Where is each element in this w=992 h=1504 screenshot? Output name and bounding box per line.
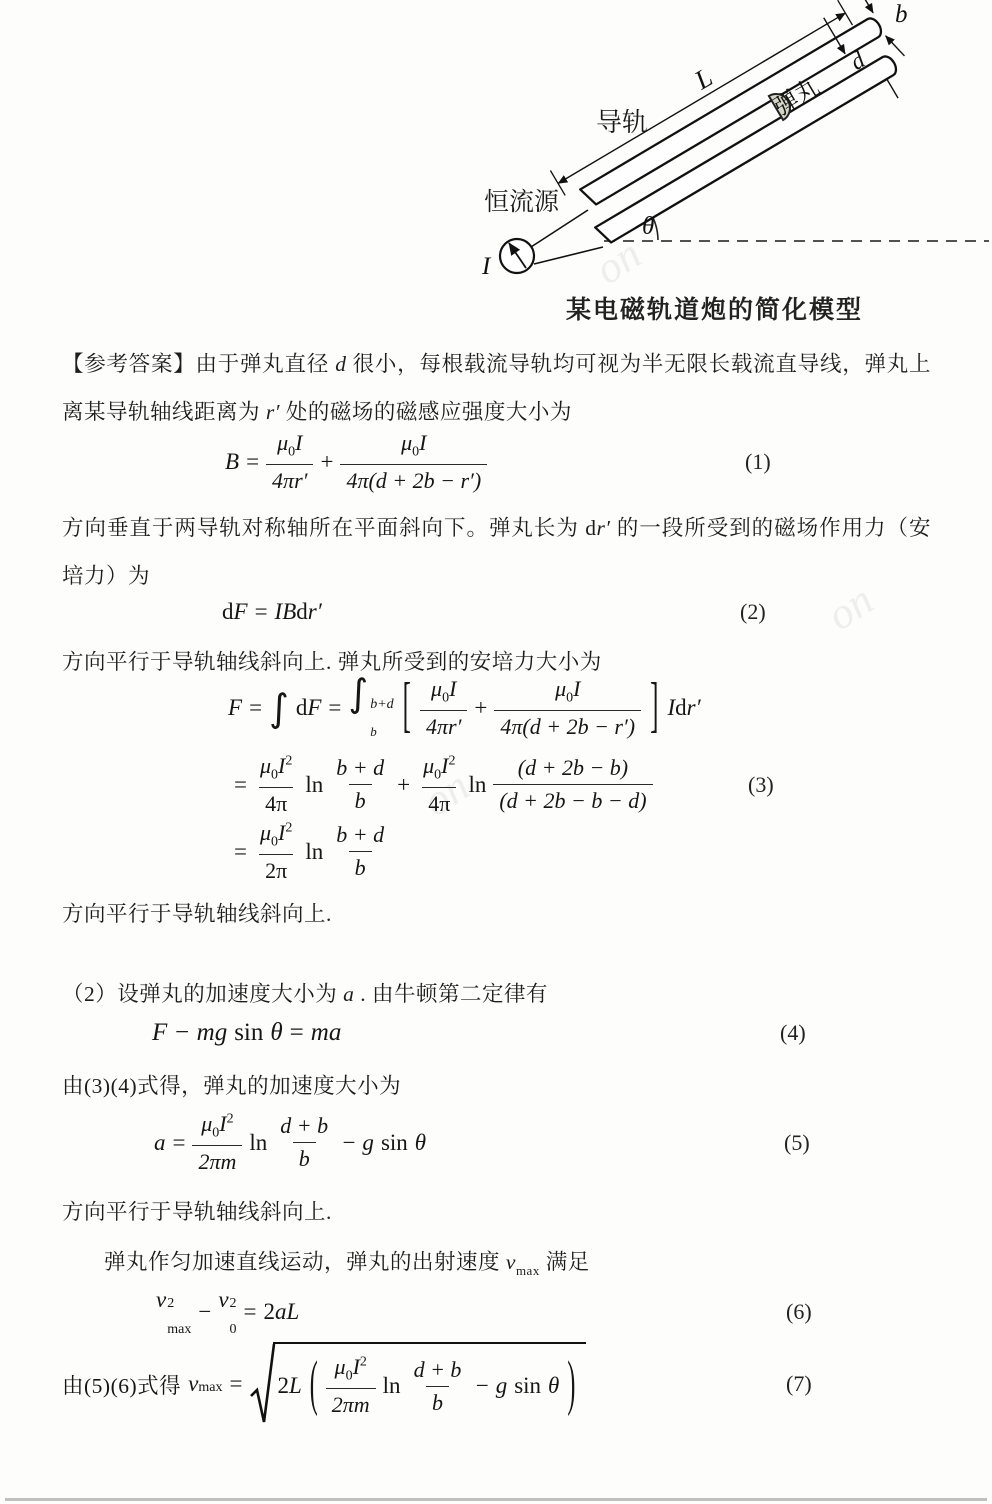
fraction: μ0I 4πr′ [266, 430, 313, 493]
fraction: μ0I2 2πm [192, 1111, 242, 1174]
integral-sign: ∫ [269, 691, 289, 725]
equation-5: a = μ0I2 2πm ln d + b b − g sin θ (5) [62, 1104, 931, 1182]
fraction: b + d b [330, 755, 390, 814]
fraction: μ0I2 2πm [326, 1354, 376, 1417]
equation-2: dF = IBdr′ (2) [62, 590, 931, 634]
equation-4: F − mg sin θ = ma (4) [62, 1010, 931, 1056]
solution-paragraph-2: 方向垂直于两导轨对称轴所在平面斜向下。弹丸长为 dr′ 的一段所受到的磁场作用力… [62, 504, 931, 600]
radical: 2L ( μ0I2 2πm ln d + b b − g sin θ ) [249, 1342, 586, 1426]
equation-number-1: (1) [745, 449, 771, 475]
label-rail: 导轨 [596, 108, 648, 137]
railgun-diagram: L d 弹丸 导轨 恒流源 θ I b [468, 0, 992, 290]
label-current-I: I [481, 253, 492, 280]
fraction: d + b b [408, 1357, 468, 1416]
v-max: v max [188, 1371, 222, 1397]
equation-number-2: (2) [740, 599, 766, 625]
left-paren: ( [310, 1352, 318, 1421]
equation-number-3: (3) [748, 772, 774, 798]
fraction: μ0I2 4π [417, 753, 461, 816]
fraction: μ0I 4π(d + 2b − r′) [494, 676, 641, 739]
solution-paragraph-6: 由(3)(4)式得，弹丸的加速度大小为 [62, 1062, 931, 1110]
b-arrow-top [857, 0, 873, 13]
equation-3-line-3: = μ0I2 2π ln b + d b [62, 818, 931, 886]
solution-document-page: L d 弹丸 导轨 恒流源 θ I b 某电磁轨道炮的简化模型 on on on… [0, 0, 992, 1504]
fraction: d + b b [274, 1113, 334, 1172]
fraction: (d + 2b − b) (d + 2b − b − d) [493, 755, 652, 814]
equation-1: B = μ0I 4πr′ + μ0I 4π(d + 2b − r′) (1) [62, 424, 931, 500]
rail-lower [595, 54, 899, 246]
diagram-caption: 某电磁轨道炮的简化模型 [566, 290, 866, 326]
fraction: μ0I 4π(d + 2b − r′) [340, 430, 487, 493]
label-b: b [895, 1, 908, 28]
math-op: = [246, 449, 259, 475]
equation-3-line-1: F = ∫ dF = ∫ b+db [ μ0I 4πr′ + μ0I 4π(d … [62, 668, 931, 748]
dimension-tick-right [838, 0, 853, 25]
radical-sign [249, 1342, 276, 1426]
solution-paragraph-4: 方向平行于导轨轴线斜向上. [62, 890, 931, 938]
solution-paragraph-7: 方向平行于导轨轴线斜向上. [62, 1188, 931, 1236]
fraction: μ0I2 2π [254, 820, 298, 883]
right-bracket: ] [650, 674, 658, 743]
label-source: 恒流源 [484, 188, 560, 216]
equation-6: v 2max − v 20 = 2aL (6) [62, 1286, 931, 1338]
fraction: b + d b [330, 822, 390, 881]
solution-paragraph-1: 【参考答案】由于弹丸直径 d 很小，每根载流导轨均可视为半无限长载流直导线，弹丸… [62, 340, 931, 436]
math-var: B [225, 449, 239, 475]
fraction: μ0I 4πr′ [420, 676, 467, 739]
equation-number-5: (5) [784, 1130, 810, 1156]
rail-lower-group [595, 54, 899, 246]
equation-number-4: (4) [780, 1020, 806, 1046]
v-max-squared: v 2max [156, 1287, 191, 1337]
right-paren: ) [567, 1352, 575, 1421]
equation-number-6: (6) [786, 1299, 812, 1325]
integral-sign: ∫ [348, 676, 368, 710]
equation-number-7: (7) [786, 1371, 812, 1397]
math-op: + [320, 449, 333, 475]
scan-edge-line [5, 1498, 987, 1501]
b-arrow-bottom [886, 33, 905, 59]
left-bracket: [ [403, 674, 411, 743]
label-theta: θ [642, 213, 654, 240]
equation-7-prefix: 由(5)(6)式得 [62, 1369, 181, 1400]
fraction: μ0I2 4π [254, 753, 298, 816]
equation-3-line-2: = μ0I2 4π ln b + d b + μ0I2 4π ln (d + 2… [62, 748, 931, 822]
equation-7: 由(5)(6)式得 v max = 2L ( μ0I2 2πm ln [62, 1338, 931, 1430]
v-zero-squared: v 20 [218, 1287, 236, 1337]
